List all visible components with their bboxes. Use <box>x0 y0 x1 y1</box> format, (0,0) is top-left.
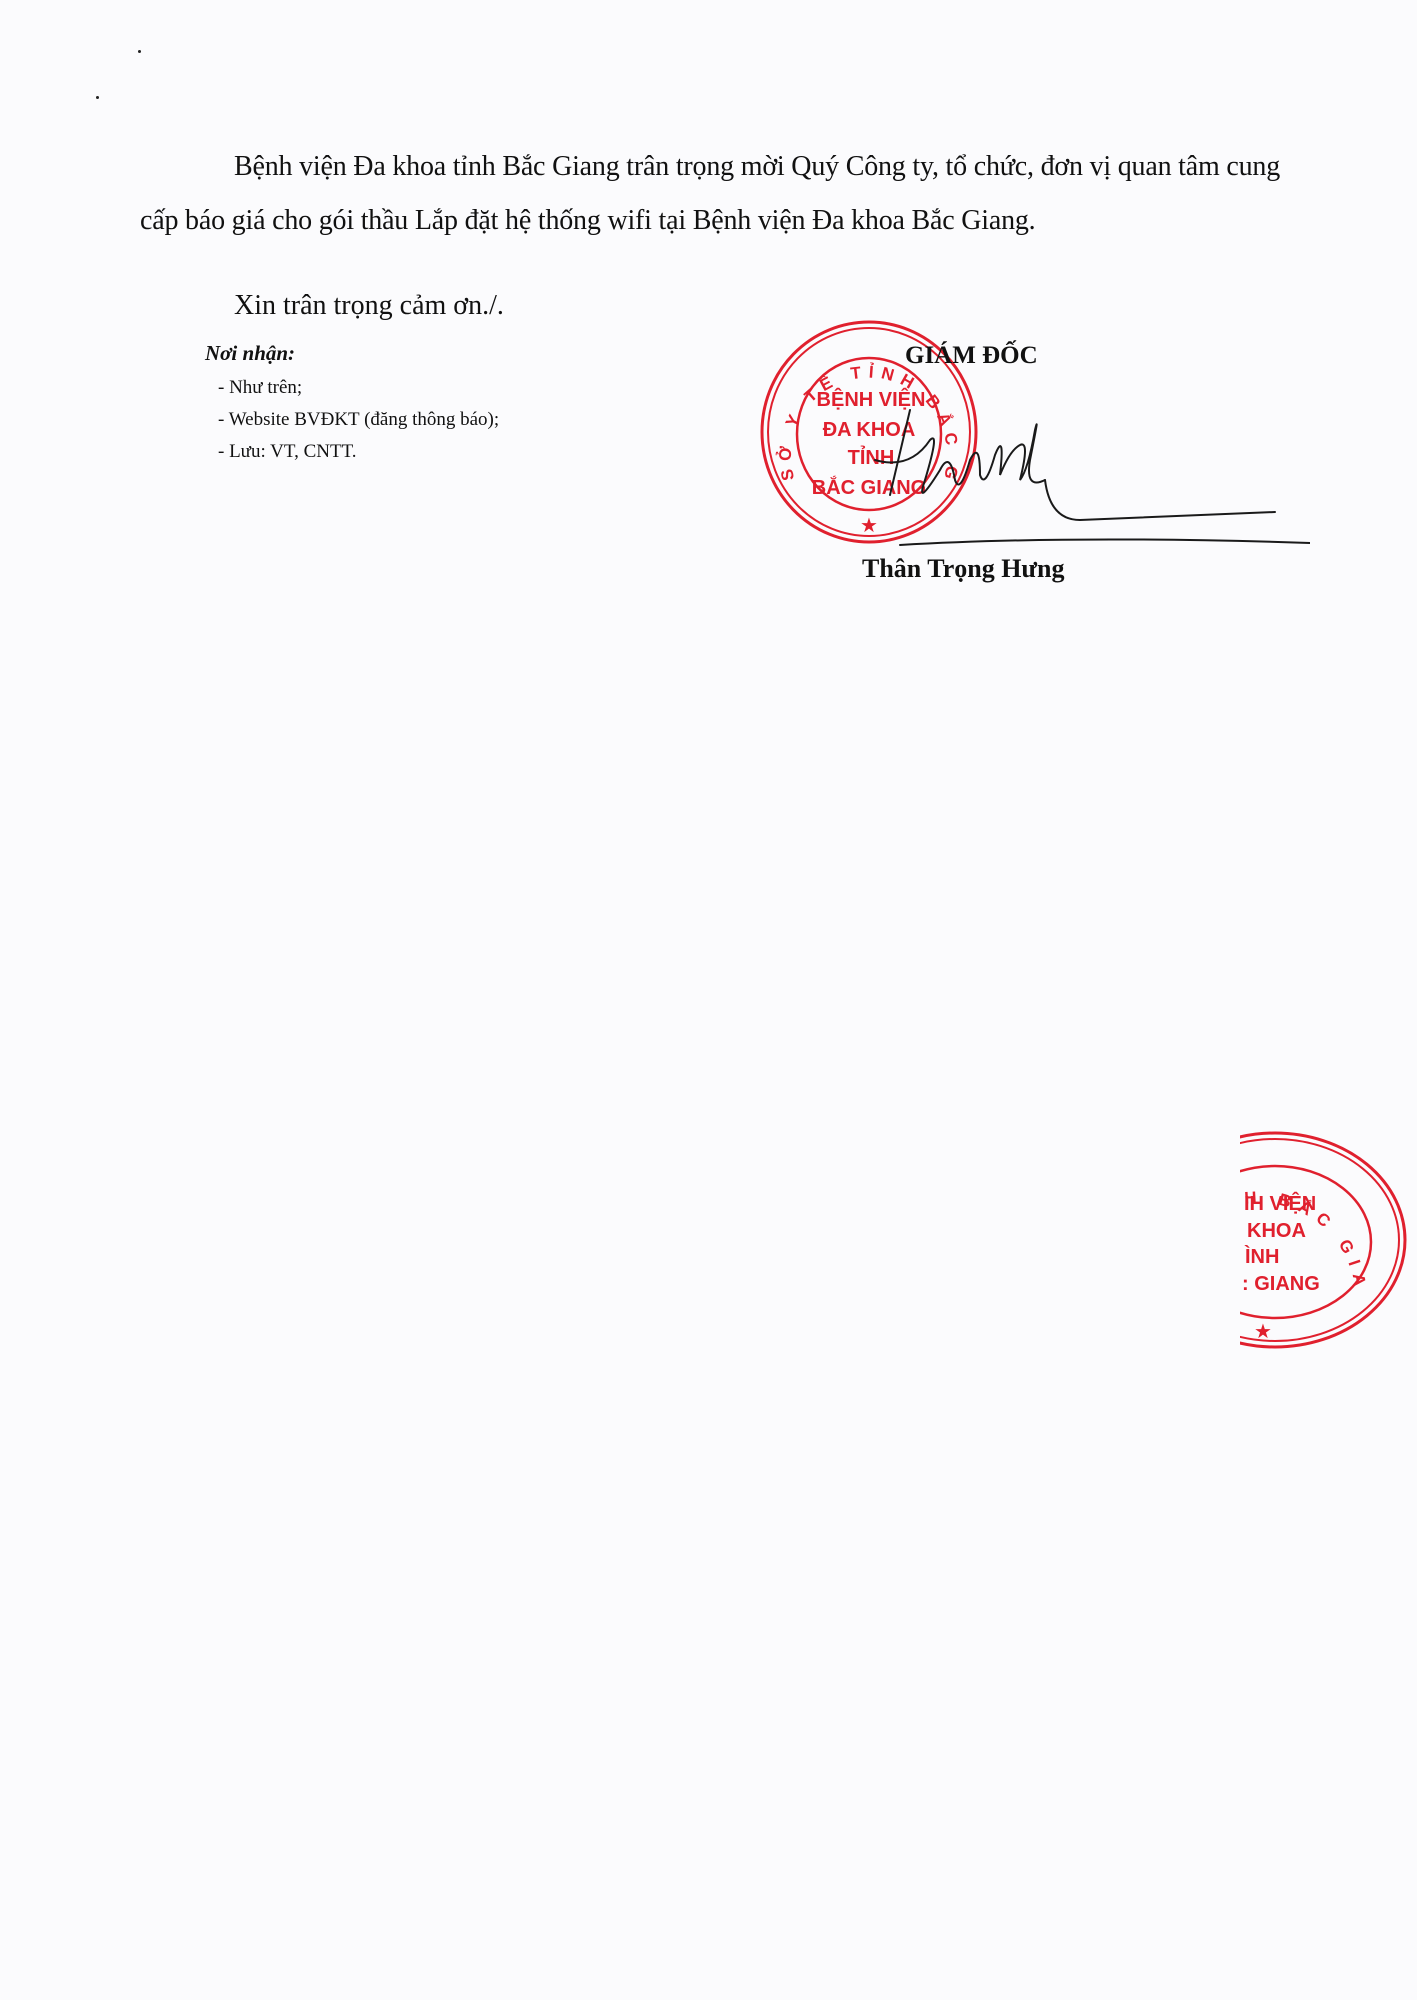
recipients-list: - Như trên; - Website BVĐKT (đăng thông … <box>218 372 499 468</box>
body-text: Bệnh viện Đa khoa tỉnh Bắc Giang trân tr… <box>140 151 1280 236</box>
scan-speck <box>96 96 99 99</box>
recipients-title: Nơi nhận: <box>205 341 295 366</box>
edge-seal-stamp: NH BẮC GIANG IH VIỆN KHOA ÌNH : GIANG ★ <box>1240 1118 1417 1358</box>
body-paragraph: Bệnh viện Đa khoa tỉnh Bắc Giang trân tr… <box>140 140 1280 248</box>
svg-text:ÌNH: ÌNH <box>1244 1245 1279 1268</box>
recipient-item: - Như trên; <box>218 372 499 404</box>
svg-text:KHOA: KHOA <box>1247 1220 1306 1242</box>
signer-name: Thân Trọng Hưng <box>862 554 1065 584</box>
scan-speck <box>138 50 141 53</box>
svg-text:: GIANG: : GIANG <box>1242 1273 1320 1295</box>
handwritten-signature <box>870 400 1310 560</box>
signer-position: GIÁM ĐỐC <box>905 342 1038 370</box>
closing-text: Xin trân trọng cảm ơn./. <box>234 290 504 322</box>
svg-text:IH VIỆN: IH VIỆN <box>1244 1191 1316 1215</box>
recipient-item: - Website BVĐKT (đăng thông báo); <box>218 404 499 436</box>
recipient-item: - Lưu: VT, CNTT. <box>218 436 499 468</box>
svg-text:★: ★ <box>1254 1321 1272 1343</box>
